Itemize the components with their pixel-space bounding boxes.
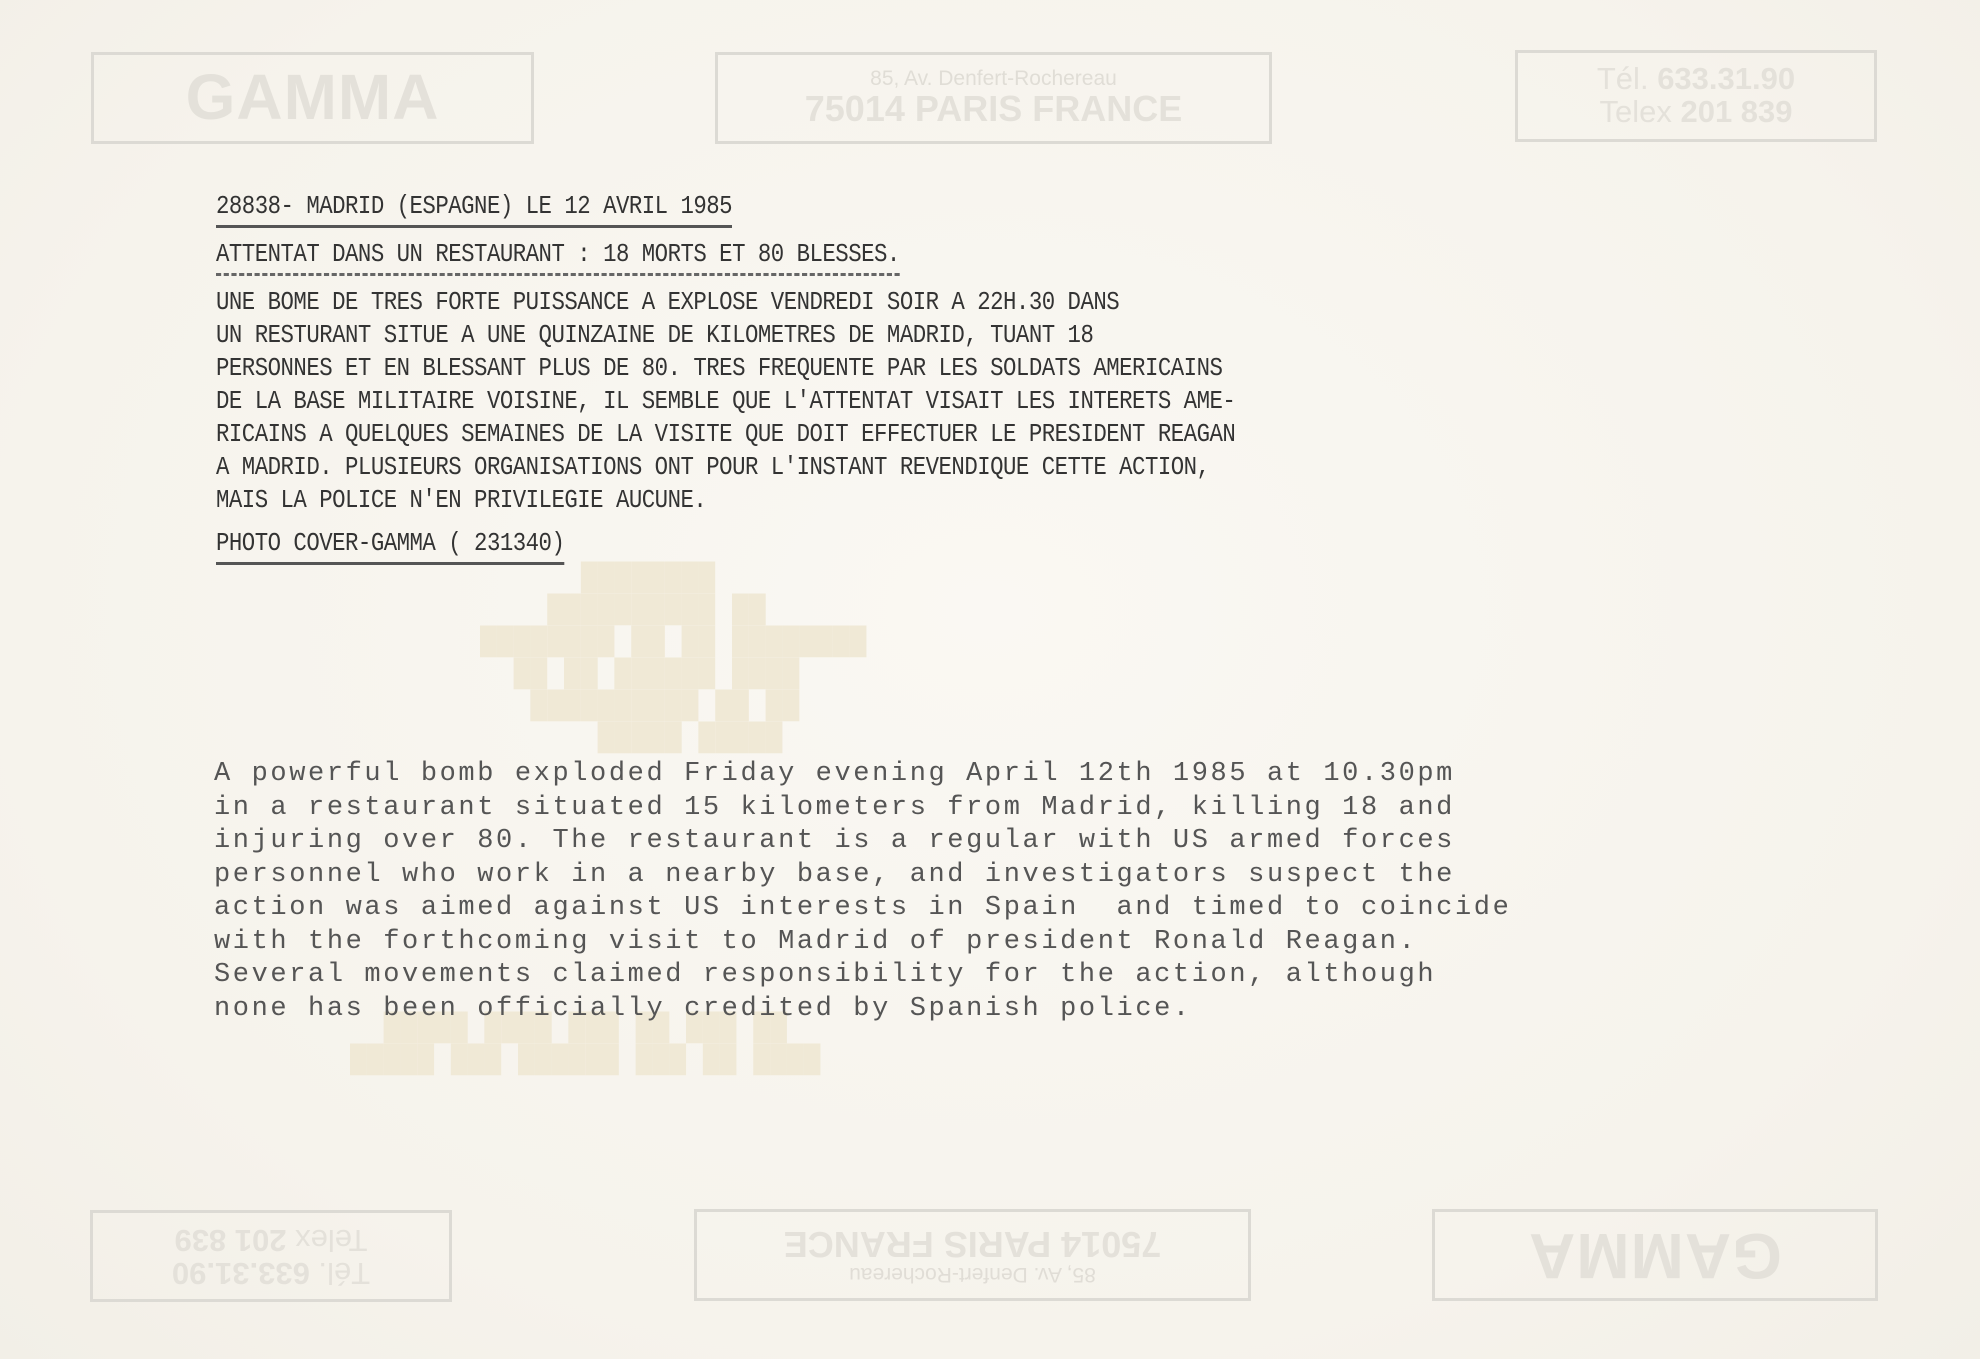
address-street: 85, Av. Denfert-Rochereau	[870, 68, 1117, 90]
photo-credit: PHOTO COVER-GAMMA ( 231340)	[216, 527, 564, 565]
telex-label: Telex	[295, 1223, 367, 1258]
gamma-logo-stamp: GAMMA	[91, 52, 534, 144]
tel-number: 633.31.90	[172, 1256, 310, 1291]
telex-line: Telex 201 839	[1599, 96, 1792, 129]
caption-line: with the forthcoming visit to Madrid of …	[214, 926, 1511, 960]
tel-label: Tél.	[1597, 61, 1649, 96]
caption-dateline: 28838- MADRID (ESPAGNE) LE 12 AVRIL 1985	[216, 190, 732, 228]
gamma-logo-text: GAMMA	[186, 64, 440, 131]
telephone-line: Tél. 633.31.90	[172, 1256, 370, 1289]
tel-number: 633.31.90	[1657, 61, 1795, 96]
caption-line: DE LA BASE MILITAIRE VOISINE, IL SEMBLE …	[216, 385, 1235, 418]
address-street: 85, Av. Denfert-Rochereau	[849, 1263, 1096, 1285]
address-city: 75014 PARIS FRANCE	[805, 90, 1182, 128]
caption-line: injuring over 80. The restaurant is a re…	[214, 825, 1511, 859]
caption-line: A MADRID. PLUSIEURS ORGANISATIONS ONT PO…	[216, 451, 1235, 484]
english-caption: A powerful bomb exploded Friday evening …	[214, 758, 1511, 1026]
caption-line: UNE BOME DE TRES FORTE PUISSANCE A EXPLO…	[216, 286, 1235, 319]
tel-label: Tél.	[318, 1256, 370, 1291]
caption-line: in a restaurant situated 15 kilometers f…	[214, 792, 1511, 826]
telephone-line: Tél. 633.31.90	[1597, 63, 1795, 96]
telex-line: Telex 201 839	[174, 1223, 367, 1256]
caption-line: A powerful bomb exploded Friday evening …	[214, 758, 1511, 792]
caption-line: none has been officially credited by Spa…	[214, 993, 1511, 1027]
telex-number: 201 839	[174, 1223, 286, 1258]
telex-number: 201 839	[1680, 94, 1792, 129]
gamma-logo-stamp-inverted: GAMMA	[1432, 1209, 1878, 1301]
caption-line: Several movements claimed responsibility…	[214, 959, 1511, 993]
telex-label: Telex	[1599, 94, 1671, 129]
reverse-side-bleed-through: █████ █████ ██████████ ██ ██ ██ ██ █████…	[480, 560, 866, 752]
address-city: 75014 PARIS FRANCE	[784, 1225, 1161, 1263]
caption-line: personnel who work in a nearby base, and…	[214, 859, 1511, 893]
caption-line: RICAINS A QUELQUES SEMAINES DE LA VISITE…	[216, 418, 1235, 451]
caption-headline: ATTENTAT DANS UN RESTAURANT : 18 MORTS E…	[216, 238, 900, 276]
address-stamp: 85, Av. Denfert-Rochereau 75014 PARIS FR…	[715, 52, 1272, 144]
caption-line: MAIS LA POLICE N'EN PRIVILEGIE AUCUNE.	[216, 484, 1235, 517]
phone-stamp-inverted: Tél. 633.31.90 Telex 201 839	[90, 1210, 452, 1302]
phone-stamp: Tél. 633.31.90 Telex 201 839	[1515, 50, 1877, 142]
gamma-logo-text: GAMMA	[1528, 1221, 1782, 1288]
caption-line: action was aimed against US interests in…	[214, 892, 1511, 926]
address-stamp-inverted: 85, Av. Denfert-Rochereau 75014 PARIS FR…	[694, 1209, 1251, 1301]
caption-line: PERSONNES ET EN BLESSANT PLUS DE 80. TRE…	[216, 352, 1235, 385]
french-caption: 28838- MADRID (ESPAGNE) LE 12 AVRIL 1985…	[216, 190, 1235, 565]
caption-line: UN RESTURANT SITUE A UNE QUINZAINE DE KI…	[216, 319, 1235, 352]
